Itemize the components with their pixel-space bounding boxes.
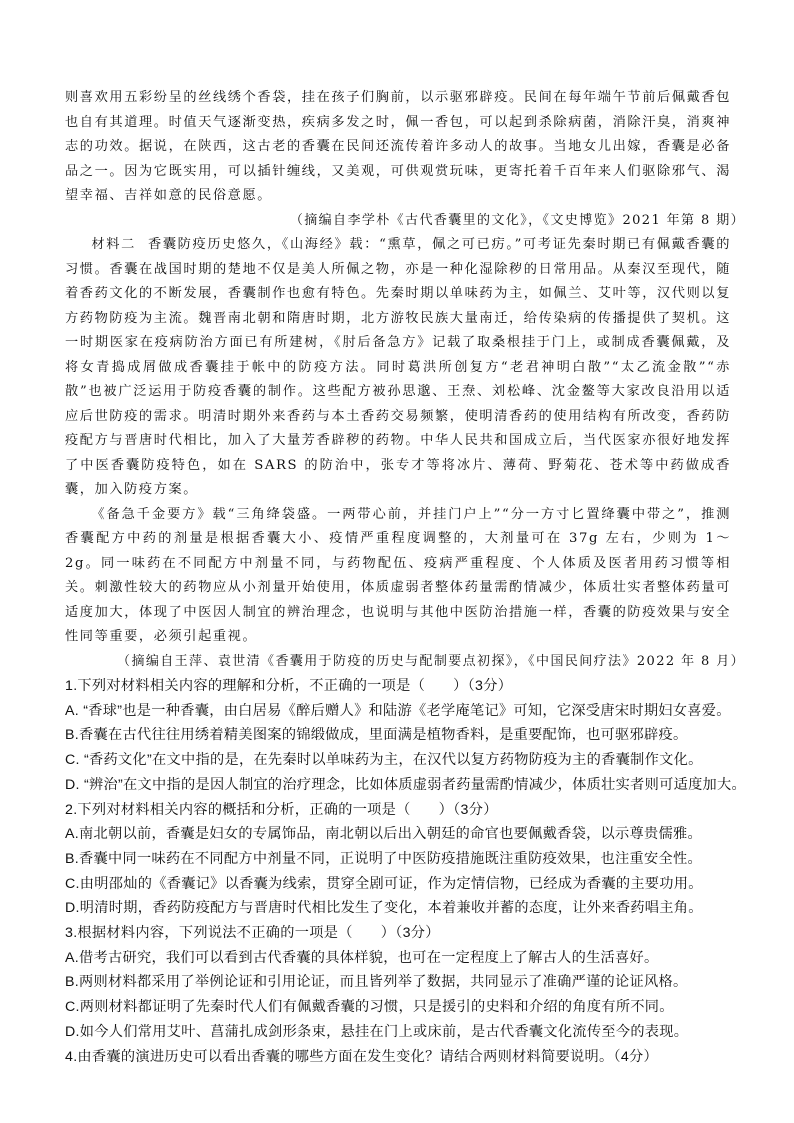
question-3-option-c: C.两则材料都证明了先秦时代人们有佩戴香囊的习惯，只是援引的史料和介绍的角度有所… [65,995,731,1020]
question-2-option-a: A.南北朝以前，香囊是妇女的专属饰品，南北朝以后出入朝廷的命官也要佩戴香袋，以示… [65,822,731,847]
question-2-stem: 2.下列对材料相关内容的概括和分析，正确的一项是（）（3分） [65,798,731,823]
question-3-stem: 3.根据材料内容，下列说法不正确的一项是（）（3分） [65,921,731,946]
question-1-option-c: C. “香药文化”在文中指的是，在先秦时以单味药为主，在汉代以复方药物防疫为主的… [65,748,731,773]
question-3-option-a: A.借考古研究，我们可以看到古代香囊的具体样貌，也可在一定程度上了解古人的生活喜… [65,946,731,971]
question-1-stem-text: 1.下列对材料相关内容的理解和分析，不正确的一项是（ [65,678,425,694]
questions-section: 1.下列对材料相关内容的理解和分析，不正确的一项是（）（3分） A. “香球”也… [65,674,731,1069]
question-1-score: ）（3分） [453,678,512,694]
material-two-label: 材料二 [91,237,136,252]
question-2-option-c: C.由明邵灿的《香囊记》以香囊为线索，贯穿全剧可证，作为定情信物，已经成为香囊的… [65,872,731,897]
question-3-score: ）（3分） [381,925,440,941]
question-2-option-b: B.香囊中同一味药在不同配方中剂量不同，正说明了中医防疫措施既注重防疫效果，也注… [65,847,731,872]
question-2-option-d: D.明清时期，香药防疫配方与晋唐时代相比发生了变化，本着兼收并蓄的态度，让外来香… [65,896,731,921]
question-1-option-b: B.香囊在古代往往用绣着精美图案的锦缎做成，里面满是植物香料，是重要配饰，也可驱… [65,723,731,748]
material-two-paragraph-2: 《备急千金要方》载“三角绛袋盛。一两带心前，并挂门户上”“分一方寸匕置绛囊中带之… [65,503,731,650]
question-1-option-a: A. “香球”也是一种香囊，由白居易《醉后赠人》和陆游《老学庵笔记》可知，它深受… [65,699,731,724]
question-3-option-b: B.两则材料都采用了举例论证和引用论证，而且皆列举了数据，共同显示了准确严谨的论… [65,970,731,995]
exam-page: 则喜欢用五彩纷呈的丝线绣个香袋，挂在孩子们胸前，以示驱邪辟疫。民间在每年端午节前… [65,86,731,1069]
question-2-stem-text: 2.下列对材料相关内容的概括和分析，正确的一项是（ [65,802,411,818]
material-two-citation: （摘编自王萍、袁世清《香囊用于防疫的历史与配制要点初探》，《中国民间疗法》202… [65,650,745,675]
question-2-score: ）（3分） [439,802,498,818]
material-one-citation: （摘编自李学朴《古代香囊里的文化》，《文史博览》2021 年第 8 期） [65,209,745,234]
material-two-paragraph-1: 材料二香囊防疫历史悠久，《山海经》载：“熏草，佩之可已疠。”可考证先秦时期已有佩… [65,233,731,503]
question-4-stem: 4.由香囊的演进历史可以看出香囊的哪些方面在发生变化？请结合两则材料简要说明。（… [65,1045,731,1070]
material-two-paragraph-1-text: 香囊防疫历史悠久，《山海经》载：“熏草，佩之可已疠。”可考证先秦时期已有佩戴香囊… [65,237,731,497]
question-1-option-d: D. “辨治”在文中指的是因人制宜的治疗理念，比如体质虚弱者药量需酌情减少，体质… [65,773,731,798]
question-3-option-d: D.如今人们常用艾叶、菖蒲扎成剑形条束，悬挂在门上或床前，是古代香囊文化流传至今… [65,1020,731,1045]
question-1-stem: 1.下列对材料相关内容的理解和分析，不正确的一项是（）（3分） [65,674,731,699]
material-one-tail-paragraph: 则喜欢用五彩纷呈的丝线绣个香袋，挂在孩子们胸前，以示驱邪辟疫。民间在每年端午节前… [65,86,731,209]
question-3-stem-text: 3.根据材料内容，下列说法不正确的一项是（ [65,925,353,941]
